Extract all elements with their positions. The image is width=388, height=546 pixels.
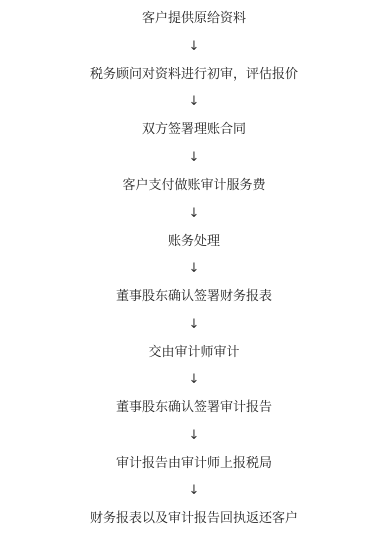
down-arrow-icon: ↓ — [0, 428, 388, 444]
step-client-provides-materials: 客户提供原给资料 — [0, 11, 388, 27]
step-tax-advisor-review-quote: 税务顾问对资料进行初审，评估报价 — [0, 67, 388, 83]
down-arrow-icon: ↓ — [0, 483, 388, 499]
down-arrow-icon: ↓ — [0, 372, 388, 388]
down-arrow-icon: ↓ — [0, 39, 388, 55]
step-auditor-audit: 交由审计师审计 — [0, 345, 388, 361]
down-arrow-icon: ↓ — [0, 206, 388, 222]
step-return-receipts-to-client: 财务报表以及审计报告回执返还客户 — [0, 511, 388, 527]
down-arrow-icon: ↓ — [0, 94, 388, 110]
step-auditor-submits-to-tax-bureau: 审计报告由审计师上报税局 — [0, 456, 388, 472]
step-directors-sign-audit-report: 董事股东确认签署审计报告 — [0, 400, 388, 416]
step-sign-bookkeeping-contract: 双方签署理账合同 — [0, 122, 388, 138]
process-flowchart: 客户提供原给资料 ↓ 税务顾问对资料进行初审，评估报价 ↓ 双方签署理账合同 ↓… — [0, 0, 388, 546]
down-arrow-icon: ↓ — [0, 317, 388, 333]
down-arrow-icon: ↓ — [0, 261, 388, 277]
step-client-pays-fee: 客户支付做账审计服务费 — [0, 178, 388, 194]
step-accounting-processing: 账务处理 — [0, 234, 388, 250]
down-arrow-icon: ↓ — [0, 150, 388, 166]
step-directors-sign-financial-statements: 董事股东确认签署财务报表 — [0, 289, 388, 305]
